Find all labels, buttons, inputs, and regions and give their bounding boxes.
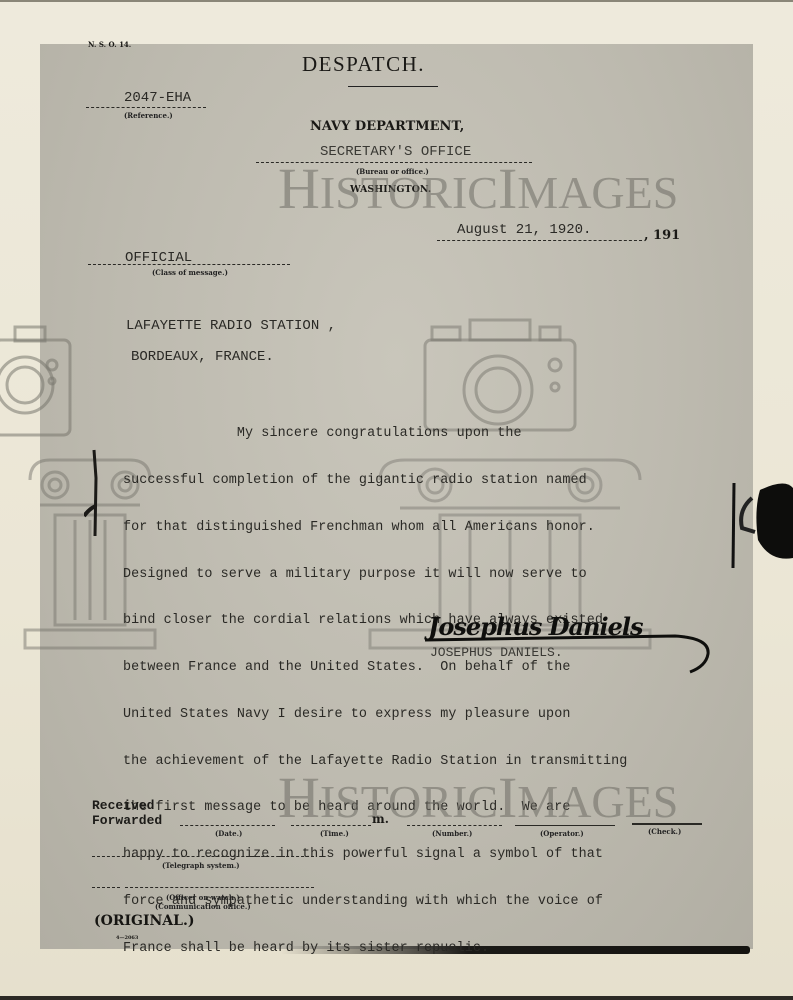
pen-mark-icon [84, 448, 104, 538]
officer-blank [125, 887, 314, 888]
addressee-line-1: LAFAYETTE RADIO STATION , [126, 318, 336, 334]
form-number: N. S. O. 14. [88, 40, 131, 49]
reference-field: 2047-EHA [124, 90, 191, 106]
reference-caption: (Reference.) [124, 111, 173, 120]
forwarded-label: Forwarded [92, 813, 162, 828]
office-caption: (Communication office.) [155, 902, 251, 911]
print-code: 4—2063 [116, 935, 138, 941]
message-line: for that distinguished Frenchman whom al… [123, 520, 723, 536]
bureau-field: SECRETARY'S OFFICE [320, 144, 471, 160]
bureau-line [256, 162, 532, 163]
time-suffix: m. [372, 812, 389, 826]
number-blank [407, 825, 502, 826]
department-heading: NAVY DEPARTMENT, [310, 119, 464, 134]
date-line [437, 240, 642, 241]
officer-blank-short [92, 887, 120, 888]
message-class-line [88, 264, 290, 265]
bureau-caption: (Bureau or office.) [356, 167, 429, 176]
operator-blank [515, 825, 615, 826]
check-blank [632, 823, 702, 825]
addressee-line-2: BORDEAUX, FRANCE. [131, 349, 274, 365]
check-caption: (Check.) [648, 827, 681, 836]
message-line: My sincere congratulations upon the [123, 426, 723, 442]
date-blank [180, 825, 275, 826]
message-body: My sincere congratulations upon the succ… [123, 395, 723, 972]
message-line: successful completion of the gigantic ra… [123, 473, 723, 489]
number-caption: (Number.) [432, 829, 472, 838]
mount-bottom-edge [0, 996, 793, 1000]
message-class-caption: (Class of message.) [152, 268, 228, 277]
mount-top-edge [0, 0, 793, 2]
time-caption: (Time.) [320, 829, 349, 838]
time-blank [291, 825, 371, 826]
document-title: DESPATCH. [302, 52, 425, 77]
date-year-prefix: , 191 [644, 228, 680, 243]
officer-caption: (Officer on watch.) [166, 893, 240, 902]
message-line: France shall be heard by its sister repu… [123, 941, 723, 957]
date-field: August 21, 1920. [457, 222, 591, 238]
operator-caption: (Operator.) [540, 829, 584, 838]
signature-flourish-icon [420, 620, 720, 680]
message-line: the achievement of the Lafayette Radio S… [123, 754, 723, 770]
date-caption: (Date.) [215, 829, 242, 838]
title-rule [348, 86, 438, 87]
city-heading: WASHINGTON. [350, 184, 431, 195]
message-line: Designed to serve a military purpose it … [123, 567, 723, 583]
received-forwarded-labels: Received Forwarded [92, 798, 162, 828]
telegraph-blank [92, 856, 314, 857]
margin-mark-icon [730, 480, 793, 570]
telegraph-caption: (Telegraph system.) [162, 861, 240, 870]
received-label: Received [92, 798, 162, 813]
message-line: the first message to be heard around the… [123, 800, 723, 816]
message-line: United States Navy I desire to express m… [123, 707, 723, 723]
reference-line [86, 107, 206, 108]
original-stamp: (ORIGINAL.) [94, 913, 195, 929]
